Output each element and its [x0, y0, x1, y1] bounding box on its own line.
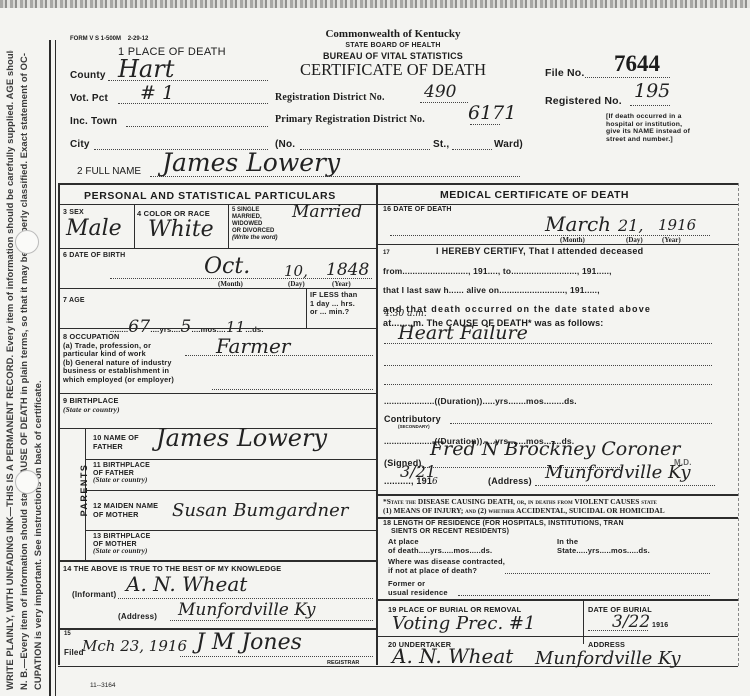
race-value[interactable]: White	[148, 217, 214, 242]
mother-name-value[interactable]: Susan Bumgardner	[172, 500, 348, 521]
filed-number: 15	[64, 631, 71, 637]
dob-year[interactable]: 1848	[326, 260, 369, 280]
last-saw-line: that I last saw h...... alive on........…	[383, 285, 600, 295]
time-of-death[interactable]: 4:30 a.m.	[384, 309, 427, 319]
punch-hole-icon	[15, 470, 39, 494]
commonwealth-heading: Commonwealth of Kentucky	[318, 28, 468, 40]
ward-label: Ward)	[494, 139, 523, 150]
father-name-value[interactable]: James Lowery	[156, 424, 327, 452]
board-heading: STATE BOARD OF HEALTH	[318, 42, 468, 49]
burial-year: 1916	[652, 622, 668, 629]
cause-of-death[interactable]: Heart Failure	[398, 322, 528, 344]
footer-code: 11--3164	[90, 682, 116, 689]
in-state-label: In the State.....yrs.....mos.....ds.	[557, 537, 650, 555]
death-day[interactable]: 21,	[618, 216, 643, 235]
filed-date[interactable]: Mch 23, 1916	[82, 637, 187, 655]
margin-line-1: WRITE PLAINLY, WITH UNFADING INK—THIS IS…	[3, 50, 17, 690]
cause-footnote: *State the DISEASE CAUSING DEATH, or, in…	[383, 497, 665, 515]
if-less-label: IF LESS than 1 day ... hrs. or ... min.?	[310, 291, 357, 317]
father-name-label: 10 NAME OF FATHER	[93, 434, 139, 451]
county-value[interactable]: Hart	[118, 55, 174, 83]
medical-section-title: MEDICAL CERTIFICATE OF DEATH	[440, 189, 629, 201]
registration-district-label: Registration District No.	[275, 92, 385, 103]
informant-address-label: (Address)	[118, 612, 157, 621]
scan-edge-right	[738, 183, 739, 666]
registrar-signature[interactable]: J M Jones	[196, 630, 302, 655]
certify-number: 17	[383, 250, 390, 256]
signed-address-value[interactable]: Munfordville Ky	[545, 462, 691, 483]
st-label: St.,	[433, 139, 449, 150]
margin-line-2: N. B.—Every item of information should s…	[17, 50, 31, 690]
informant-label: (Informant)	[72, 590, 116, 599]
year-caption: (Year)	[332, 280, 351, 288]
age-label: 7 AGE	[63, 297, 85, 304]
dob-label: 6 DATE OF BIRTH	[63, 252, 125, 259]
file-no-value[interactable]: 7644	[614, 51, 660, 77]
secondary-label: (SECONDARY)	[398, 424, 430, 429]
margin-rule	[49, 40, 51, 696]
margin-line-3: CUPATION is very important. See instruct…	[31, 50, 45, 690]
registration-district-value[interactable]: 490	[424, 82, 456, 102]
former-residence-label: Former or usual residence	[388, 579, 448, 597]
occupation-value[interactable]: Farmer	[216, 334, 290, 358]
county-label: County	[70, 70, 106, 81]
certificate-title: CERTIFICATE OF DEATH	[290, 60, 496, 80]
registered-no-value[interactable]: 195	[634, 80, 670, 102]
personal-section-title: PERSONAL AND STATISTICAL PARTICULARS	[84, 190, 336, 202]
informant-address-value[interactable]: Munfordville Ky	[178, 600, 315, 620]
marital-label: 5 SINGLE MARRIED, WIDOWED OR DIVORCED (W…	[232, 207, 278, 242]
contributory-label: Contributory	[384, 414, 441, 424]
margin-rule	[55, 40, 56, 696]
month-caption: (Month)	[218, 280, 243, 288]
hospital-note: [If death occurred in a hospital or inst…	[606, 113, 690, 143]
date-of-death-label: 16 DATE OF DEATH	[383, 206, 452, 213]
form-code: FORM V S 1-500M 2-29-12	[70, 36, 148, 42]
burial-place-value[interactable]: Voting Prec. #1	[392, 613, 535, 634]
day-caption: (Day)	[288, 280, 305, 288]
contracted-label: Where was disease contracted, if not at …	[388, 557, 505, 575]
undertaker-address-value[interactable]: Munfordville Ky	[535, 648, 681, 669]
vot-pct-value[interactable]: # 1	[140, 82, 174, 104]
death-month-caption: (Month)	[560, 236, 585, 244]
father-birthplace-label: 11 BIRTHPLACE OF FATHER (State or countr…	[93, 462, 150, 485]
dob-day[interactable]: 10,	[284, 262, 308, 280]
file-no-label: File No.	[545, 67, 585, 79]
birthplace-label: 9 BIRTHPLACE (State or country)	[63, 397, 120, 414]
signed-address-label: (Address)	[488, 476, 532, 486]
burial-date-value[interactable]: 3/22	[612, 612, 650, 632]
filed-label: Filed	[64, 648, 84, 657]
death-year[interactable]: 1916	[658, 216, 696, 234]
sex-label: 3 SEX	[63, 209, 84, 216]
primary-registration-value[interactable]: 6171	[468, 102, 516, 124]
city-label: City	[70, 139, 90, 150]
death-year-caption: (Year)	[662, 236, 681, 244]
dob-month[interactable]: Oct.	[204, 254, 250, 279]
informant-value[interactable]: A. N. Wheat	[126, 572, 247, 596]
residence-label: 18 LENGTH OF RESIDENCE (FOR HOSPITALS, I…	[383, 520, 624, 535]
from-line: from.........................., 191....,…	[383, 266, 612, 276]
vot-pct-label: Vot. Pct	[70, 93, 108, 104]
at-place-label: At place of death.....yrs.....mos.....ds…	[388, 537, 492, 555]
primary-registration-label: Primary Registration District No.	[275, 114, 425, 125]
duration-line-1: ....................((Duration)).....yrs…	[384, 396, 577, 406]
registered-no-label: Registered No.	[545, 95, 622, 107]
certify-text: I HEREBY CERTIFY, That I attended deceas…	[436, 246, 643, 256]
scan-edge	[0, 0, 750, 8]
occupation-label: 8 OCCUPATION (a) Trade, profession, or p…	[63, 333, 174, 384]
mother-name-label: 12 MAIDEN NAME OF MOTHER	[93, 502, 158, 519]
punch-hole-icon	[15, 230, 39, 254]
full-name-label: 2 FULL NAME	[77, 166, 141, 177]
undertaker-value[interactable]: A. N. Wheat	[392, 644, 513, 668]
inc-town-label: Inc. Town	[70, 116, 117, 127]
death-month[interactable]: March	[545, 212, 611, 236]
mother-birthplace-label: 13 BIRTHPLACE OF MOTHER (State or countr…	[93, 533, 150, 556]
signed-date[interactable]: 3/21	[400, 462, 436, 481]
marital-value[interactable]: Married	[292, 202, 362, 222]
physician-signature[interactable]: Fred N Brockney Coroner	[430, 438, 680, 460]
margin-instructions: WRITE PLAINLY, WITH UNFADING INK—THIS IS…	[3, 50, 47, 690]
sex-value[interactable]: Male	[66, 216, 122, 241]
full-name-value[interactable]: James Lowery	[162, 148, 340, 177]
death-day-caption: (Day)	[626, 236, 643, 244]
